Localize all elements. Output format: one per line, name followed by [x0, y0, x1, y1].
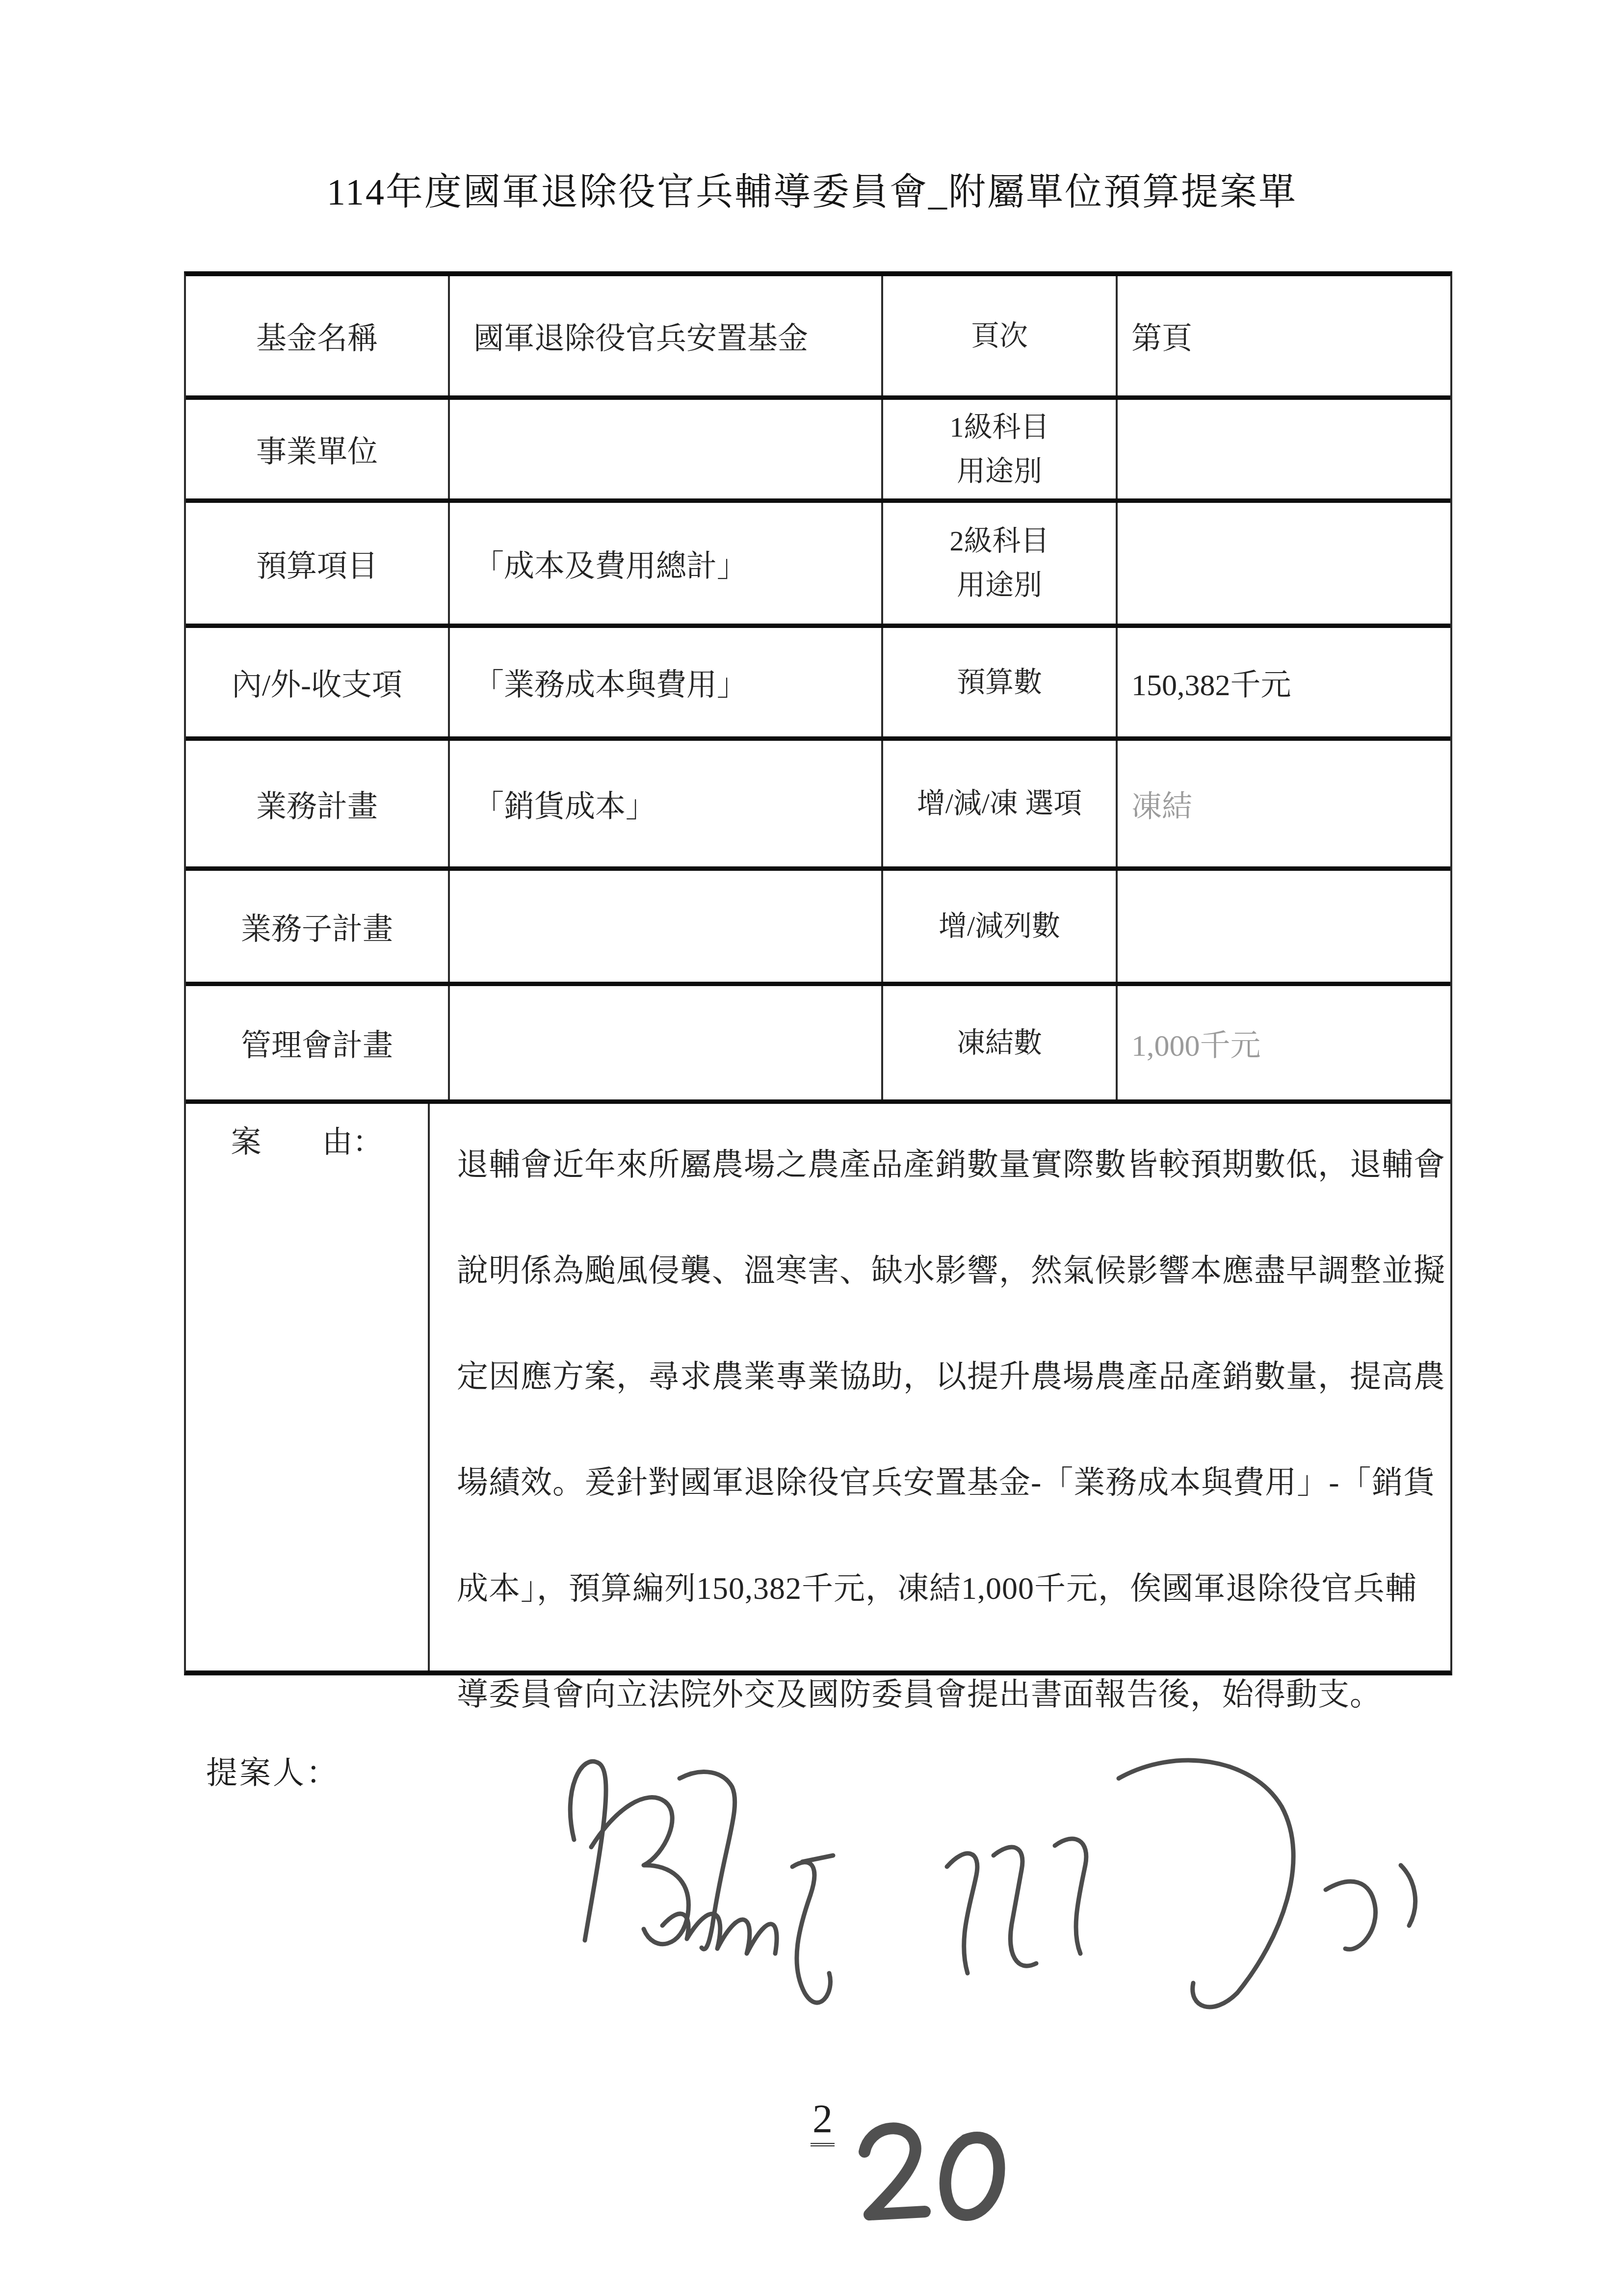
proposer-label: 提案人：	[206, 1748, 340, 1793]
page-order-value: 第頁	[1118, 276, 1450, 395]
fund-name-value: 國軍退除役官兵安置基金	[450, 276, 883, 395]
page-number-typed: 2	[811, 2096, 835, 2146]
business-unit-label: 事業單位	[186, 400, 450, 498]
frozen-amount-label: 凍結數	[883, 986, 1118, 1099]
table-row: 管理會計畫 凍結數 1,000千元	[186, 986, 1450, 1104]
budget-amount-label: 預算數	[883, 628, 1118, 736]
business-unit-value	[450, 400, 883, 498]
case-label: 案 由：	[186, 1104, 430, 1670]
management-plan-value	[450, 986, 883, 1099]
business-subplan-value	[450, 871, 883, 982]
fund-name-label: 基金名稱	[186, 276, 450, 395]
budget-item-label: 預算項目	[186, 503, 450, 624]
page-order-label: 頁次	[883, 276, 1118, 395]
signature-stroke	[792, 1855, 833, 2003]
table-row: 基金名稱 國軍退除役官兵安置基金 頁次 第頁	[186, 276, 1450, 400]
table-row: 內/外-收支項 「業務成本與費用」 預算數 150,382千元	[186, 628, 1450, 741]
table-row: 業務計畫 「銷貨成本」 增/減/凍 選項 凍結	[186, 741, 1450, 871]
level1-subject-value	[1118, 400, 1450, 498]
in-out-item-label: 內/外-收支項	[186, 628, 450, 736]
row-change-value	[1118, 871, 1450, 982]
management-plan-label: 管理會計畫	[186, 986, 450, 1099]
page-title: 114年度國軍退除役官兵輔導委員會_附屬單位預算提案單	[0, 162, 1624, 215]
business-subplan-label: 業務子計畫	[186, 871, 450, 982]
case-description-row: 案 由： 退輔會近年來所屬農場之農產品產銷數量實際數皆較預期數低，退輔會 說明係…	[186, 1104, 1450, 1670]
frozen-amount-value: 1,000千元	[1118, 986, 1450, 1099]
case-body: 退輔會近年來所屬農場之農產品產銷數量實際數皆較預期數低，退輔會 說明係為颱風侵襲…	[430, 1104, 1450, 1670]
case-line: 場績效。爰針對國軍退除役官兵安置基金-「業務成本與費用」-「銷貨	[457, 1430, 1445, 1536]
handwritten-2-stroke	[864, 2128, 925, 2215]
row-change-label: 增/減列數	[883, 871, 1118, 982]
scanned-document-page: 114年度國軍退除役官兵輔導委員會_附屬單位預算提案單 基金名稱 國軍退除役官兵…	[0, 0, 1624, 2296]
option-label: 增/減/凍 選項	[883, 741, 1118, 866]
handwritten-signatures-ink	[515, 1717, 1472, 2070]
case-line: 退輔會近年來所屬農場之農產品產銷數量實際數皆較預期數低，退輔會	[457, 1112, 1445, 1218]
table-row: 業務子計畫 增/減列數	[186, 871, 1450, 986]
case-line: 成本」，預算編列150,382千元，凍結1,000千元，俟國軍退除役官兵輔	[457, 1536, 1445, 1642]
option-value-frozen: 凍結	[1118, 741, 1450, 866]
case-line: 說明係為颱風侵襲、溫寒害、缺水影響，然氣候影響本應盡早調整並擬	[457, 1218, 1445, 1324]
signature-stroke	[1055, 1839, 1415, 1954]
page-number-handwritten-ink	[834, 2110, 1021, 2247]
business-plan-label: 業務計畫	[186, 741, 450, 866]
case-line: 定因應方案，尋求農業專業協助，以提升農場農產品產銷數量，提高農	[457, 1324, 1445, 1430]
business-plan-value: 「銷貨成本」	[450, 741, 883, 866]
signature-stroke	[947, 1847, 1036, 1973]
level2-subject-label: 2級科目 用途別	[883, 503, 1118, 624]
signature-stroke	[1119, 1760, 1293, 2007]
budget-amount-value: 150,382千元	[1118, 628, 1450, 736]
level1-subject-label: 1級科目 用途別	[883, 400, 1118, 498]
handwritten-0-stroke	[945, 2138, 999, 2215]
table-row: 預算項目 「成本及費用總計」 2級科目 用途別	[186, 503, 1450, 628]
in-out-item-value: 「業務成本與費用」	[450, 628, 883, 736]
level2-subject-value	[1118, 503, 1450, 624]
table-row: 事業單位 1級科目 用途別	[186, 400, 1450, 503]
budget-item-value: 「成本及費用總計」	[450, 503, 883, 624]
budget-table: 基金名稱 國軍退除役官兵安置基金 頁次 第頁 事業單位 1級科目 用途別 預算項…	[184, 271, 1452, 1675]
